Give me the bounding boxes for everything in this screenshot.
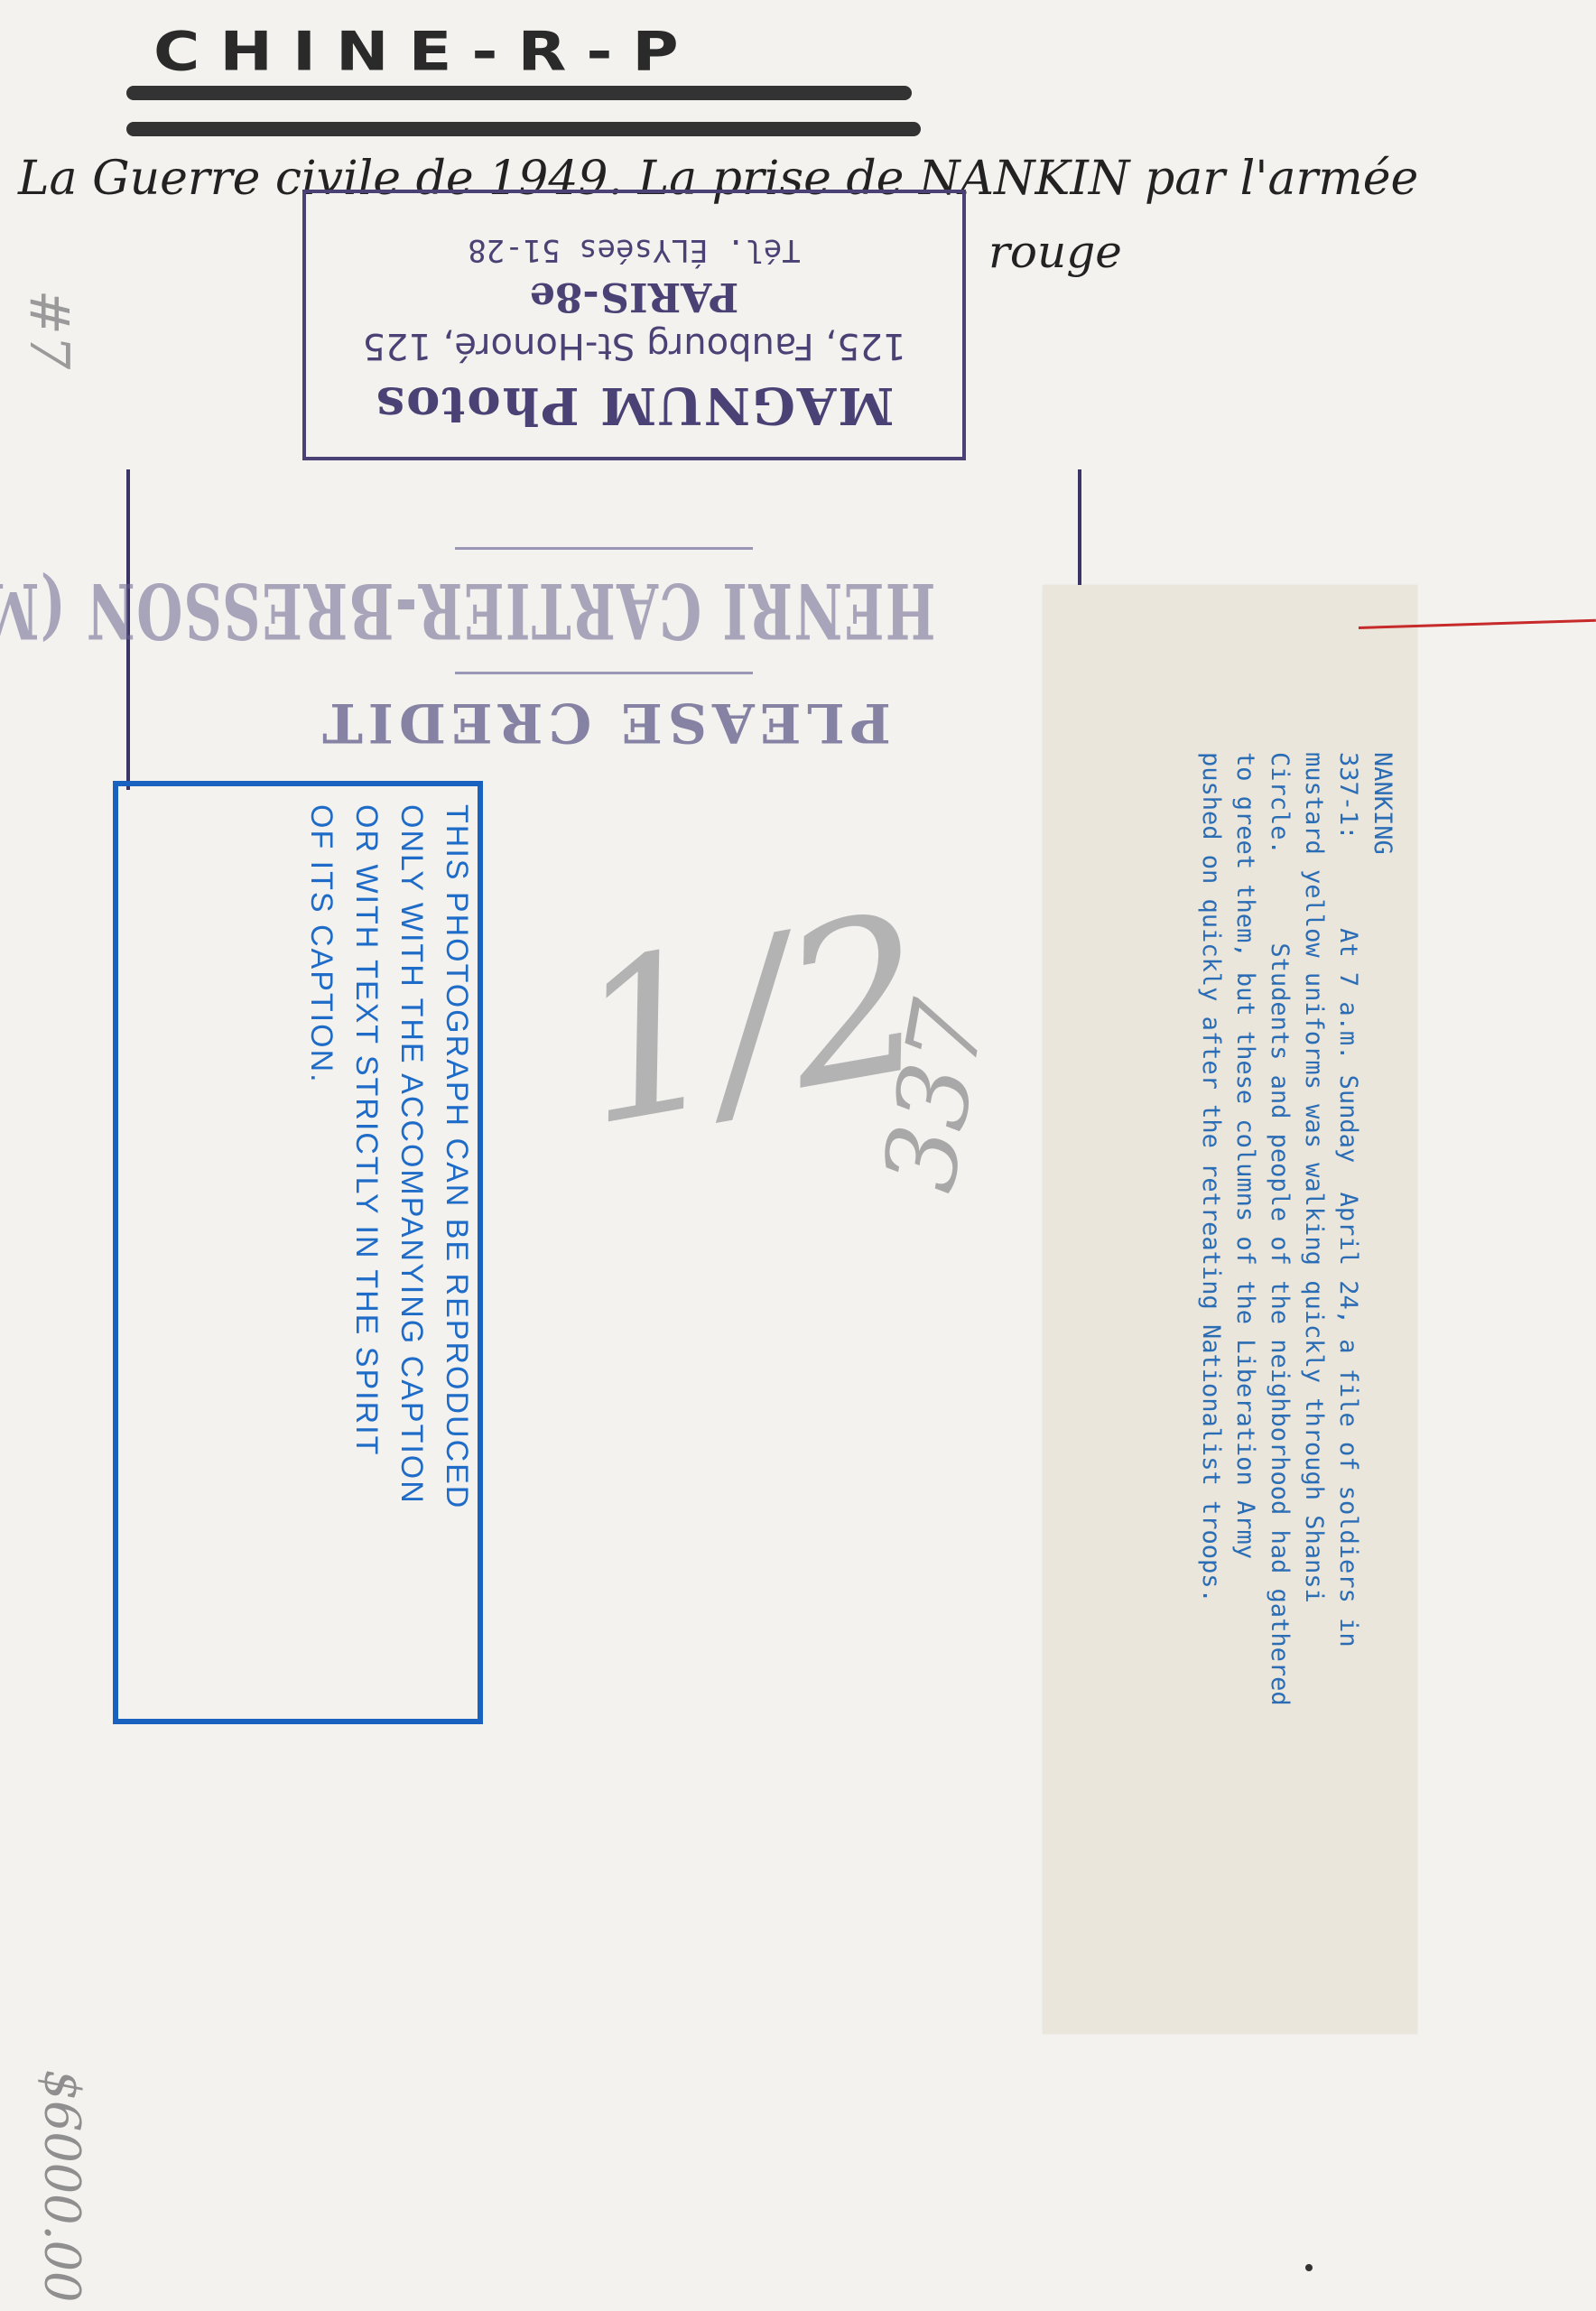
magnum-address-stamp: MAGNUM Photos 125, Faubourg St-Honoré, 1… bbox=[302, 190, 966, 460]
handwritten-caption-rouge: rouge bbox=[988, 226, 1122, 278]
credit-heading: PLEASE CREDIT bbox=[130, 691, 1078, 754]
typed-line: pushed on quickly after the retreating N… bbox=[1193, 752, 1228, 2160]
restriction-line: ONLY WITH THE ACCOMPANYING CAPTION bbox=[389, 804, 434, 1716]
title-underline-1 bbox=[126, 86, 912, 100]
credit-rule-top bbox=[455, 672, 753, 674]
magnum-phone: Tél. ÉLYsées 51-28 bbox=[306, 232, 962, 268]
title-underline-2 bbox=[126, 122, 921, 136]
caption-restriction-stamp: THIS PHOTOGRAPH CAN BE REPRODUCED ONLY W… bbox=[113, 781, 483, 1724]
typed-line: mustard yellow uniforms was walking quic… bbox=[1296, 752, 1331, 2160]
please-credit-stamp: PLEASE CREDIT HENRI CARTIER-BRESSON (MAG… bbox=[126, 469, 1081, 790]
restriction-line: OR WITH TEXT STRICTLY IN THE SPIRIT bbox=[344, 804, 389, 1716]
typed-line: Circle. Students and people of the neigh… bbox=[1262, 752, 1296, 2160]
credit-photographer: HENRI CARTIER-BRESSON (MAGNUM) bbox=[273, 566, 936, 655]
restriction-line: THIS PHOTOGRAPH CAN BE REPRODUCED bbox=[434, 804, 479, 1716]
pencil-number-mark: #7 bbox=[17, 290, 80, 369]
caption-restriction-text: THIS PHOTOGRAPH CAN BE REPRODUCED ONLY W… bbox=[136, 804, 479, 1716]
pencil-price: $6000.00 bbox=[33, 2070, 90, 2303]
restriction-line: OF ITS CAPTION. bbox=[299, 804, 344, 1716]
typed-line: NANKING bbox=[1365, 752, 1399, 2160]
typed-line: 337-1: At 7 a.m. Sunday April 24, a file… bbox=[1331, 752, 1365, 2160]
magnum-name: MAGNUM Photos bbox=[306, 376, 962, 435]
typed-caption-text: NANKING 337-1: At 7 a.m. Sunday April 24… bbox=[1193, 752, 1399, 2160]
handwritten-title: CHINE-R-P bbox=[153, 20, 699, 83]
typed-caption-label: NANKING 337-1: At 7 a.m. Sunday April 24… bbox=[1043, 585, 1417, 2034]
typed-line: to greet them, but these columns of the … bbox=[1228, 752, 1262, 2160]
credit-rule-bottom bbox=[455, 547, 753, 550]
ink-spot bbox=[1305, 2264, 1313, 2271]
magnum-address: 125, Faubourg St-Honoré, 125 bbox=[306, 325, 962, 367]
magnum-city: PARIS-8e bbox=[306, 274, 962, 320]
